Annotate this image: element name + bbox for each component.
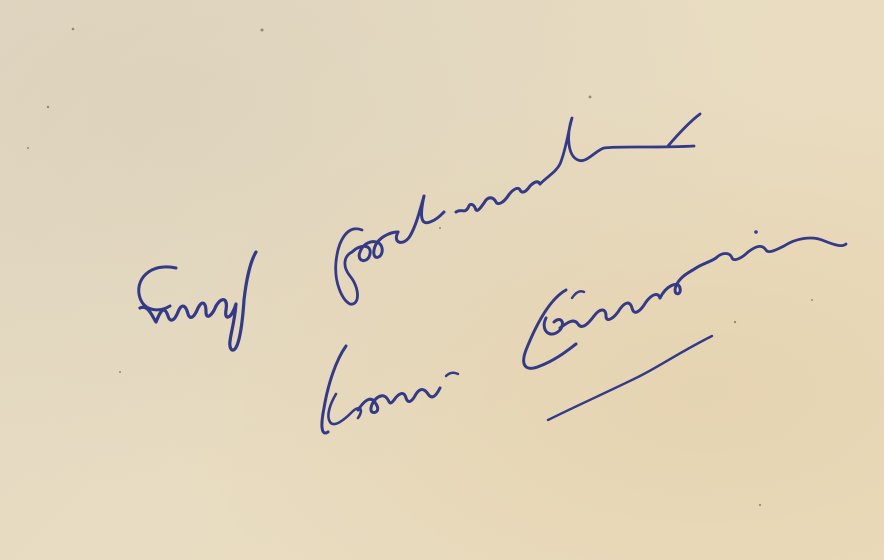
word-every (139, 252, 256, 350)
autograph-paper: Every good wish Learie Constantine (0, 0, 884, 560)
signature-constantine (524, 230, 846, 368)
word-wish (456, 114, 700, 212)
signature-learie (322, 346, 458, 433)
handwriting-ink (0, 0, 884, 560)
signature-flourish (548, 336, 712, 420)
word-good (336, 196, 444, 304)
